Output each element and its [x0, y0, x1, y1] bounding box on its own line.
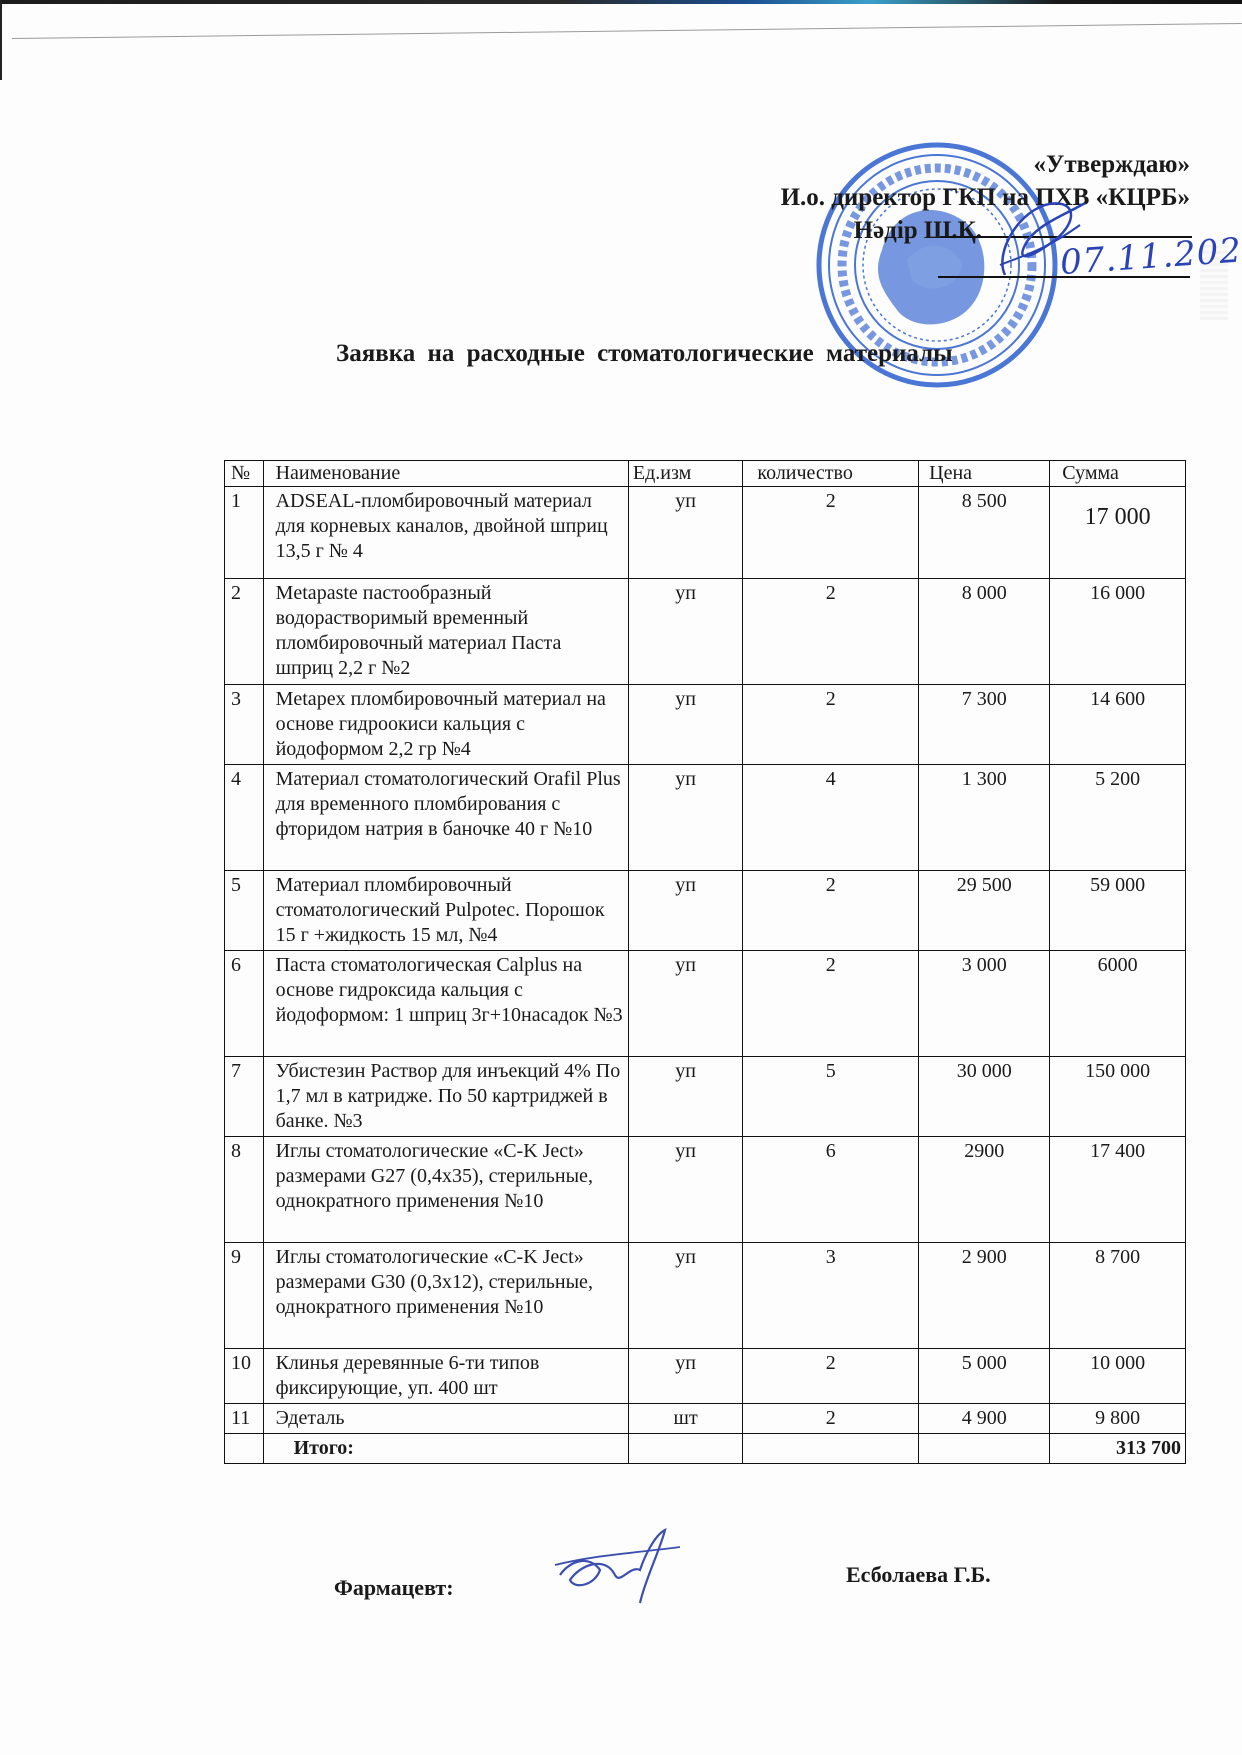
item-sum: 17 000	[1050, 487, 1186, 579]
item-quantity: 2	[743, 487, 919, 579]
item-name: Материал пломбировочный стоматологически…	[263, 871, 628, 951]
item-name: Материал стоматологический Orafil Plus д…	[263, 765, 628, 871]
item-sum: 10 000	[1050, 1349, 1186, 1404]
item-name: Паста стоматологическая Calplus на основ…	[263, 951, 628, 1057]
total-row: Итого: 313 700	[225, 1434, 1186, 1464]
total-sum: 313 700	[1050, 1434, 1186, 1464]
table-header-row: № Наименование Ед.изм количество Цена Су…	[225, 461, 1186, 487]
item-unit: уп	[628, 951, 743, 1057]
table-row: 5Материал пломбировочный стоматологическ…	[225, 871, 1186, 951]
item-quantity: 2	[743, 1404, 919, 1434]
col-name: Наименование	[263, 461, 628, 487]
item-unit: уп	[628, 1243, 743, 1349]
item-sum: 9 800	[1050, 1404, 1186, 1434]
item-quantity: 2	[743, 1349, 919, 1404]
item-price: 30 000	[919, 1057, 1050, 1137]
table-row: 3Metapex пломбировочный материал на осно…	[225, 685, 1186, 765]
item-name: Metapaste пастообразный водорастворимый …	[263, 579, 628, 685]
item-sum: 17 400	[1050, 1137, 1186, 1243]
row-number: 5	[225, 871, 264, 951]
col-number: №	[225, 461, 264, 487]
item-quantity: 2	[743, 579, 919, 685]
row-number: 1	[225, 487, 264, 579]
table-row: 6Паста стоматологическая Calplus на осно…	[225, 951, 1186, 1057]
item-sum: 16 000	[1050, 579, 1186, 685]
pharmacist-label: Фармацевт:	[334, 1575, 454, 1601]
item-quantity: 4	[743, 765, 919, 871]
item-quantity: 3	[743, 1243, 919, 1349]
table-row: 8Иглы стоматологические «C-K Ject» разме…	[225, 1137, 1186, 1243]
table-row: 7Убистезин Раствор для инъекций 4% По 1,…	[225, 1057, 1186, 1137]
approval-heading: «Утверждаю»	[781, 148, 1190, 181]
item-quantity: 5	[743, 1057, 919, 1137]
row-number: 4	[225, 765, 264, 871]
item-name: ADSEAL-пломбировочный материал для корне…	[263, 487, 628, 579]
document-title: Заявка на расходные стоматологические ма…	[336, 340, 953, 368]
item-quantity: 6	[743, 1137, 919, 1243]
scan-edge-left	[0, 0, 2, 80]
scan-artifact-line	[12, 23, 1242, 39]
row-number: 10	[225, 1349, 264, 1404]
materials-table: № Наименование Ед.изм количество Цена Су…	[224, 460, 1186, 1464]
col-price: Цена	[919, 461, 1050, 487]
item-unit: уп	[628, 765, 743, 871]
pharmacist-signature-icon	[545, 1525, 685, 1605]
item-price: 29 500	[919, 871, 1050, 951]
scan-edge	[0, 0, 1242, 4]
item-price: 2 900	[919, 1243, 1050, 1349]
item-name: Клинья деревянные 6-ти типов фиксирующие…	[263, 1349, 628, 1404]
item-name: Metapex пломбировочный материал на основ…	[263, 685, 628, 765]
row-number: 7	[225, 1057, 264, 1137]
item-sum: 8 700	[1050, 1243, 1186, 1349]
row-number: 11	[225, 1404, 264, 1434]
item-sum: 59 000	[1050, 871, 1186, 951]
item-price: 8 000	[919, 579, 1050, 685]
item-price: 3 000	[919, 951, 1050, 1057]
col-unit: Ед.изм	[628, 461, 743, 487]
row-number: 3	[225, 685, 264, 765]
item-price: 4 900	[919, 1404, 1050, 1434]
col-sum: Сумма	[1050, 461, 1186, 487]
item-quantity: 2	[743, 685, 919, 765]
item-unit: уп	[628, 871, 743, 951]
item-name: Эдеталь	[263, 1404, 628, 1434]
item-unit: уп	[628, 487, 743, 579]
item-unit: уп	[628, 685, 743, 765]
row-number: 2	[225, 579, 264, 685]
item-name: Иглы стоматологические «C-K Ject» размер…	[263, 1137, 628, 1243]
item-unit: уп	[628, 1057, 743, 1137]
item-unit: уп	[628, 1349, 743, 1404]
item-price: 1 300	[919, 765, 1050, 871]
item-price: 2900	[919, 1137, 1050, 1243]
row-number: 8	[225, 1137, 264, 1243]
table-row: 10Клинья деревянные 6-ти типов фиксирующ…	[225, 1349, 1186, 1404]
item-name: Иглы стоматологические «C-K Ject» размер…	[263, 1243, 628, 1349]
item-quantity: 2	[743, 871, 919, 951]
item-sum: 6000	[1050, 951, 1186, 1057]
item-sum: 14 600	[1050, 685, 1186, 765]
item-price: 8 500	[919, 487, 1050, 579]
table-row: 1ADSEAL-пломбировочный материал для корн…	[225, 487, 1186, 579]
row-number: 9	[225, 1243, 264, 1349]
table-row: 11Эдетальшт24 9009 800	[225, 1404, 1186, 1434]
row-number: 6	[225, 951, 264, 1057]
item-unit: шт	[628, 1404, 743, 1434]
item-unit: уп	[628, 1137, 743, 1243]
approval-name: Нәдір Ш.Қ.	[781, 214, 982, 247]
item-unit: уп	[628, 579, 743, 685]
total-label: Итого:	[263, 1434, 628, 1464]
item-quantity: 2	[743, 951, 919, 1057]
item-price: 7 300	[919, 685, 1050, 765]
col-quantity: количество	[743, 461, 919, 487]
table-row: 2Metapaste пастообразный водорастворимый…	[225, 579, 1186, 685]
item-name: Убистезин Раствор для инъекций 4% По 1,7…	[263, 1057, 628, 1137]
item-sum: 150 000	[1050, 1057, 1186, 1137]
table-row: 4Материал стоматологический Orafil Plus …	[225, 765, 1186, 871]
table-row: 9Иглы стоматологические «C-K Ject» разме…	[225, 1243, 1186, 1349]
item-sum: 5 200	[1050, 765, 1186, 871]
item-price: 5 000	[919, 1349, 1050, 1404]
pharmacist-name: Есболаева Г.Б.	[846, 1562, 991, 1588]
